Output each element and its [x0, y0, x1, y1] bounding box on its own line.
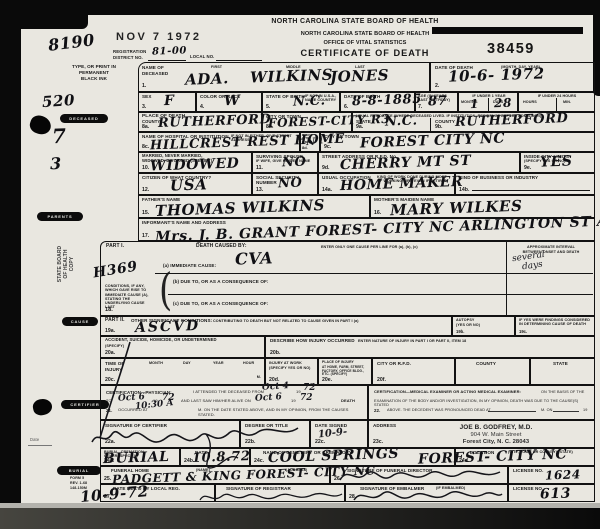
- hours-min-divider: [556, 98, 557, 112]
- copy-line-3: COPY: [70, 232, 76, 296]
- address-label: ADDRESS: [373, 423, 396, 428]
- part2-value: ASCVD: [135, 318, 201, 336]
- cause-b-line: [168, 294, 593, 295]
- day-label: DAY: [183, 361, 191, 365]
- part1-note: ENTER ONLY ONE CAUSE PER LINE FOR (a), (…: [321, 245, 418, 249]
- injury-city-number: 20f.: [377, 377, 386, 383]
- ssn-number: 13.: [256, 187, 263, 193]
- part2-label: PART II.: [105, 318, 125, 324]
- instruction-line-3: BLACK INK: [55, 76, 133, 81]
- days-value: 28: [494, 96, 512, 111]
- inside-limits-9e-number: 9e.: [524, 165, 531, 171]
- part2-note: CONTRIBUTING TO DEATH BUT NOT RELATED TO…: [213, 319, 448, 323]
- findings-label: IF YES WERE FINDINGS CONSIDERED IN DETER…: [519, 318, 593, 327]
- me-cert-l2: EXAMINATION OF THE BODY AND/OR INVESTIGA…: [374, 399, 592, 408]
- margin-handwritten-3: 3: [50, 154, 62, 173]
- conditions-brace: (: [159, 264, 172, 316]
- findings-number: 19c.: [519, 329, 527, 334]
- director-license-value: 1624: [545, 467, 581, 482]
- me-cert-bold: CERTIFICATION—MEDICAL EXAMINER OR ACTING…: [374, 390, 521, 395]
- attended-from-value: Oct 4: [262, 381, 290, 393]
- registration-district-value: 81-00: [152, 45, 187, 57]
- registration-district-label-2: DISTRICT NO.: [113, 56, 143, 61]
- me-number: 22.: [374, 408, 380, 413]
- deceased-last-name: JONES: [330, 66, 390, 86]
- month-label: MONTH: [149, 361, 163, 365]
- how-injury-sub: ENTER NATURE OF INJURY IN PART I OR PART…: [358, 339, 466, 343]
- race-number: 4.: [200, 104, 204, 110]
- attended-from-year: 72: [303, 383, 316, 393]
- state-of-birth-number: 5.: [266, 104, 270, 110]
- spouse-number: 11.: [256, 165, 263, 171]
- scan-edge-left: [0, 0, 21, 510]
- name-label-2: DECEASED: [142, 71, 168, 76]
- father-number: 15.: [142, 210, 149, 216]
- address-number: 23c.: [373, 439, 383, 445]
- field-how-injury-occurred: DESCRIBE HOW INJURY OCCURRED ENTER NATUR…: [265, 336, 595, 358]
- last-alive-year: 72: [300, 393, 313, 403]
- sex-label: SEX: [142, 94, 152, 99]
- informant-number: 17.: [142, 233, 149, 239]
- injury-county-label: COUNTY: [476, 361, 496, 366]
- tab-deceased: DECEASED: [60, 114, 108, 123]
- place-of-injury-label-2: AT HOME, FARM, STREET, FACTORY, OFFICE B…: [322, 366, 370, 377]
- months-value: 1: [470, 97, 479, 111]
- cause-b-label: (b) DUE TO, OR AS A CONSEQUENCE OF:: [173, 279, 269, 284]
- marital-value: WIDOWED: [150, 155, 240, 174]
- inside-limits-9e-value: YES: [540, 153, 573, 170]
- received-date-stamp: NOV 7 1972: [116, 31, 202, 43]
- field-autopsy: AUTOPSY (YES OR NO) 19b.: [452, 316, 515, 336]
- address-stamp-line-2: 904 W. Main Street: [431, 432, 561, 439]
- header-black-bar: [432, 27, 583, 34]
- marital-number: 10.: [142, 165, 149, 171]
- scan-edge-top: [0, 0, 600, 15]
- autopsy-label-1: AUTOPSY: [456, 318, 474, 322]
- year-label: YEAR: [213, 361, 224, 365]
- field-injury-state: STATE: [530, 358, 595, 385]
- autopsy-label-2: (YES OR NO): [456, 323, 480, 327]
- form-number-1: FORM 5: [70, 476, 84, 480]
- part2-number: 19a.: [105, 328, 115, 334]
- cause-a-line: [155, 273, 593, 274]
- deceased-middle-name: WILKINS: [250, 66, 334, 87]
- city-9c-label: CITY OR TOWN: [324, 134, 359, 139]
- business-number: 14b.: [459, 187, 469, 193]
- punch-hole-top: [28, 113, 54, 137]
- state-9a-value: N.C.: [385, 113, 418, 129]
- autopsy-number: 19b.: [456, 329, 464, 334]
- address-stamp-line-3: Forest City, N. C. 28043: [431, 439, 561, 446]
- me-blank-2: [553, 411, 579, 412]
- age-value: 87: [428, 94, 448, 110]
- informant-label: INFORMANT'S NAME AND ADDRESS: [142, 220, 226, 225]
- physician-death-word: DEATH: [341, 399, 355, 404]
- injury-at-work-label-2: (SPECIFY YES OR NO): [269, 366, 315, 370]
- field-certifier-address: ADDRESS 23c. JOE B. GODFREY, M.D. 904 W.…: [368, 420, 595, 448]
- race-value: W: [224, 93, 241, 110]
- registrar-signature: [196, 486, 346, 508]
- business-label: KIND OF BUSINESS OR INDUSTRY: [459, 175, 538, 180]
- name-label-1: NAME OF: [142, 65, 164, 70]
- tab-cause: CAUSE: [62, 317, 98, 326]
- field-autopsy-findings: IF YES WERE FINDINGS CONSIDERED IN DETER…: [515, 316, 595, 336]
- embalmer-license-value: 613: [540, 485, 572, 502]
- certificate-title: CERTIFICATE OF DEATH: [295, 48, 435, 59]
- date-of-birth-value: 8-8-1885: [352, 92, 422, 109]
- cause-c-label: (c) DUE TO, OR AS A CONSEQUENCE OF:: [173, 301, 268, 306]
- address-stamp-line-1: JOE B. GODFREY, M.D.: [431, 424, 561, 431]
- interval-column-divider: [506, 241, 507, 316]
- date-of-birth-number: 6.: [344, 104, 348, 110]
- me-cert-l1: ON THE BASIS OF THE: [541, 390, 584, 394]
- local-no-label: LOCAL NO.: [190, 55, 214, 60]
- physician-cert-l1: I ATTENDED THE DECEASED FROM: [193, 390, 264, 395]
- how-injury-number: 20b.: [270, 350, 280, 356]
- punch-hole-bottom: [32, 397, 54, 417]
- embalmer-signature: [350, 484, 505, 510]
- section-certification-medical-examiner: CERTIFICATION—MEDICAL EXAMINER OR ACTING…: [368, 385, 595, 420]
- field-injury-county: COUNTY: [455, 358, 530, 385]
- header-agency: NORTH CAROLINA STATE BOARD OF HEALTH: [300, 31, 430, 37]
- margin-date-rule: [28, 445, 52, 446]
- injury-state-label: STATE: [553, 361, 568, 366]
- conditions-note: CONDITIONS, IF ANY, WHICH GAVE RISE TO I…: [105, 284, 153, 310]
- street-number: 9d.: [322, 165, 330, 171]
- field-business: KIND OF BUSINESS OR INDUSTRY 14b.: [455, 173, 595, 195]
- physician-cert-l2: AND LAST SAW HIM/HER ALIVE ON: [181, 399, 251, 404]
- months-days-divider: [488, 98, 489, 112]
- field-injury-city: CITY OR R.F.D. 20f.: [372, 358, 455, 385]
- copy-designation: STATE BOARD OF HEALTH COPY: [58, 232, 86, 296]
- date-of-death-value: 10-6- 1972: [448, 64, 545, 85]
- scan-edge-bottom: [0, 508, 600, 529]
- margin-handwritten-520: 520: [41, 91, 75, 111]
- local-no-underline: [216, 60, 262, 61]
- name-number: 1.: [142, 83, 146, 89]
- margin-pen-stroke: [94, 340, 134, 440]
- tab-parents: PARENTS: [37, 212, 83, 221]
- part1-number: 18.: [105, 307, 113, 313]
- interval-header-1: APPROXIMATE INTERVAL: [511, 245, 591, 249]
- min-label: MIN.: [563, 100, 571, 104]
- citizen-number: 12.: [142, 187, 149, 193]
- funeral-home-number: 25.: [104, 476, 111, 482]
- state-of-birth-value: N.C.: [293, 93, 326, 109]
- header-office: OFFICE OF VITAL STATISTICS: [300, 40, 430, 46]
- instruction-line-1: TYPE, OR PRINT IN: [55, 64, 133, 69]
- immediate-cause-value: CVA: [235, 248, 274, 268]
- injury-at-work-label-1: INJURY AT WORK: [269, 361, 315, 365]
- meridiem-label: M.: [257, 375, 261, 379]
- physician-year-3: 19: [291, 399, 296, 404]
- date-of-death-number: 2.: [435, 83, 439, 89]
- place-of-injury-number: 20e.: [322, 377, 332, 383]
- last-alive-value: Oct 6: [255, 392, 283, 404]
- part1-label: PART I.: [106, 244, 124, 250]
- city-9c-number: 9c.: [324, 144, 331, 150]
- field-injury-at-work: INJURY AT WORK (SPECIFY YES OR NO) 20d.: [265, 358, 318, 385]
- hospital-number: 8c.: [142, 144, 149, 150]
- citizen-value: USA: [170, 175, 208, 194]
- state-9a-number: 9a.: [356, 124, 363, 130]
- sex-value: F: [164, 93, 175, 109]
- ssn-value: NO: [278, 176, 303, 192]
- business-blank-line: [472, 190, 590, 191]
- injury-city-label: CITY OR R.F.D.: [377, 361, 411, 366]
- director-license-label: LICENSE NO.: [513, 468, 543, 473]
- county-9b-number: 9b.: [435, 124, 443, 130]
- hours-label: HOURS: [523, 100, 537, 104]
- death-certificate-scan: NORTH CAROLINA STATE BOARD OF HEALTH NOV…: [0, 0, 600, 529]
- occupation-number: 14a.: [322, 187, 332, 193]
- residence-state-county-divider: [430, 118, 431, 132]
- me-cert-l3a: ABOVE. THE DECEDENT WAS PRONOUNCED DEAD …: [387, 408, 491, 412]
- how-injury-label: DESCRIBE HOW INJURY OCCURRED: [270, 338, 355, 343]
- registration-underline: [148, 60, 186, 61]
- age-number: 7.: [418, 104, 422, 110]
- deceased-first-name: ADA.: [185, 69, 230, 89]
- me-cert-l3c: 19: [583, 408, 587, 412]
- certificate-number: 38459: [487, 41, 535, 57]
- spouse-value: NO: [282, 155, 307, 171]
- margin-date-label: Date: [30, 438, 39, 443]
- margin-handwritten-number: 8190: [47, 30, 96, 55]
- me-cert-l3b: M. ON: [541, 408, 552, 412]
- form-number-2: REV. 1-68: [70, 481, 87, 485]
- margin-handwritten-7: 7: [52, 124, 67, 148]
- county-8a-number: 8a.: [142, 124, 149, 130]
- inside-limits-8d-value: N: [306, 137, 316, 148]
- me-blank-1: [488, 411, 536, 412]
- field-place-of-injury: PLACE OF INJURY AT HOME, FARM, STREET, F…: [318, 358, 372, 385]
- sex-number: 3.: [142, 104, 146, 110]
- instruction-line-2: PERMANENT: [55, 70, 133, 75]
- header-band: NORTH CAROLINA STATE BOARD OF HEALTH: [245, 18, 465, 26]
- hour-label: HOUR: [243, 361, 254, 365]
- mother-number: 16.: [374, 210, 381, 216]
